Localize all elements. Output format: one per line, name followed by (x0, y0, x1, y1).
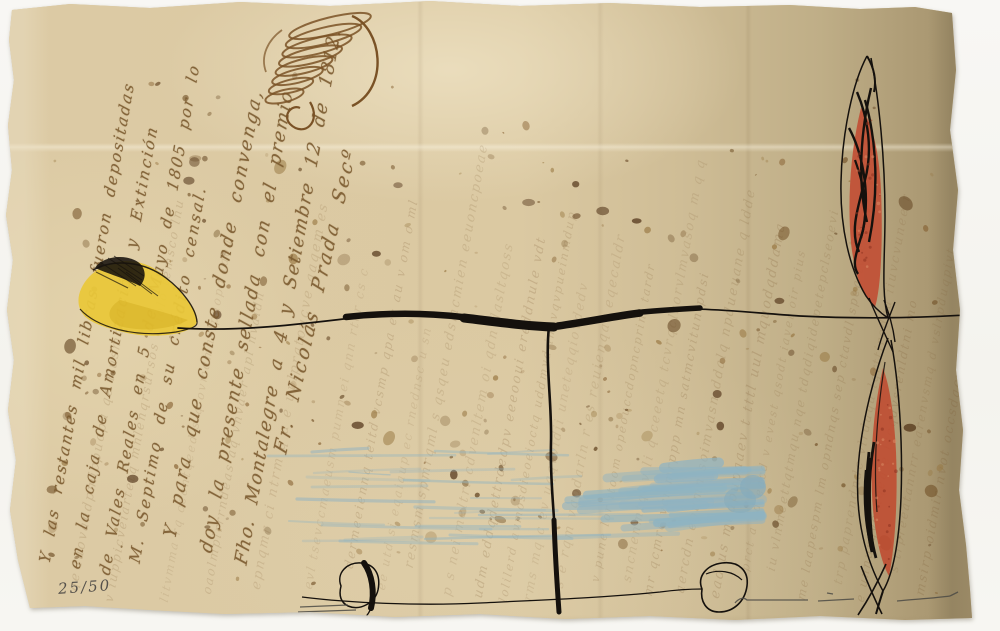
blue-brushstroke (268, 448, 766, 544)
calligraphic-flourish (264, 8, 378, 130)
red-leaf-bottom (858, 338, 902, 615)
paper-wrap: qe luovandpmicpuopa qe l usmodut eavv iu… (0, 0, 1000, 631)
pencil-signature (2, 551, 958, 617)
horizontal-ink-line (178, 308, 995, 329)
vertical-ink-line (548, 326, 559, 613)
baseline-doodle (302, 563, 747, 618)
yellow-leaf-shape (78, 256, 197, 336)
antique-document-paper: qe luovandpmicpuopa qe l usmodut eavv iu… (0, 0, 1000, 631)
artist-marks (0, 0, 1000, 631)
pebble-doodle-right (701, 563, 748, 612)
edition-number: 25/50 (57, 576, 111, 598)
artwork-scan: qe luovandpmicpuopa qe l usmodut eavv iu… (0, 0, 1000, 631)
pencil-edge-tick (2, 551, 16, 556)
red-leaf-top (841, 56, 895, 352)
